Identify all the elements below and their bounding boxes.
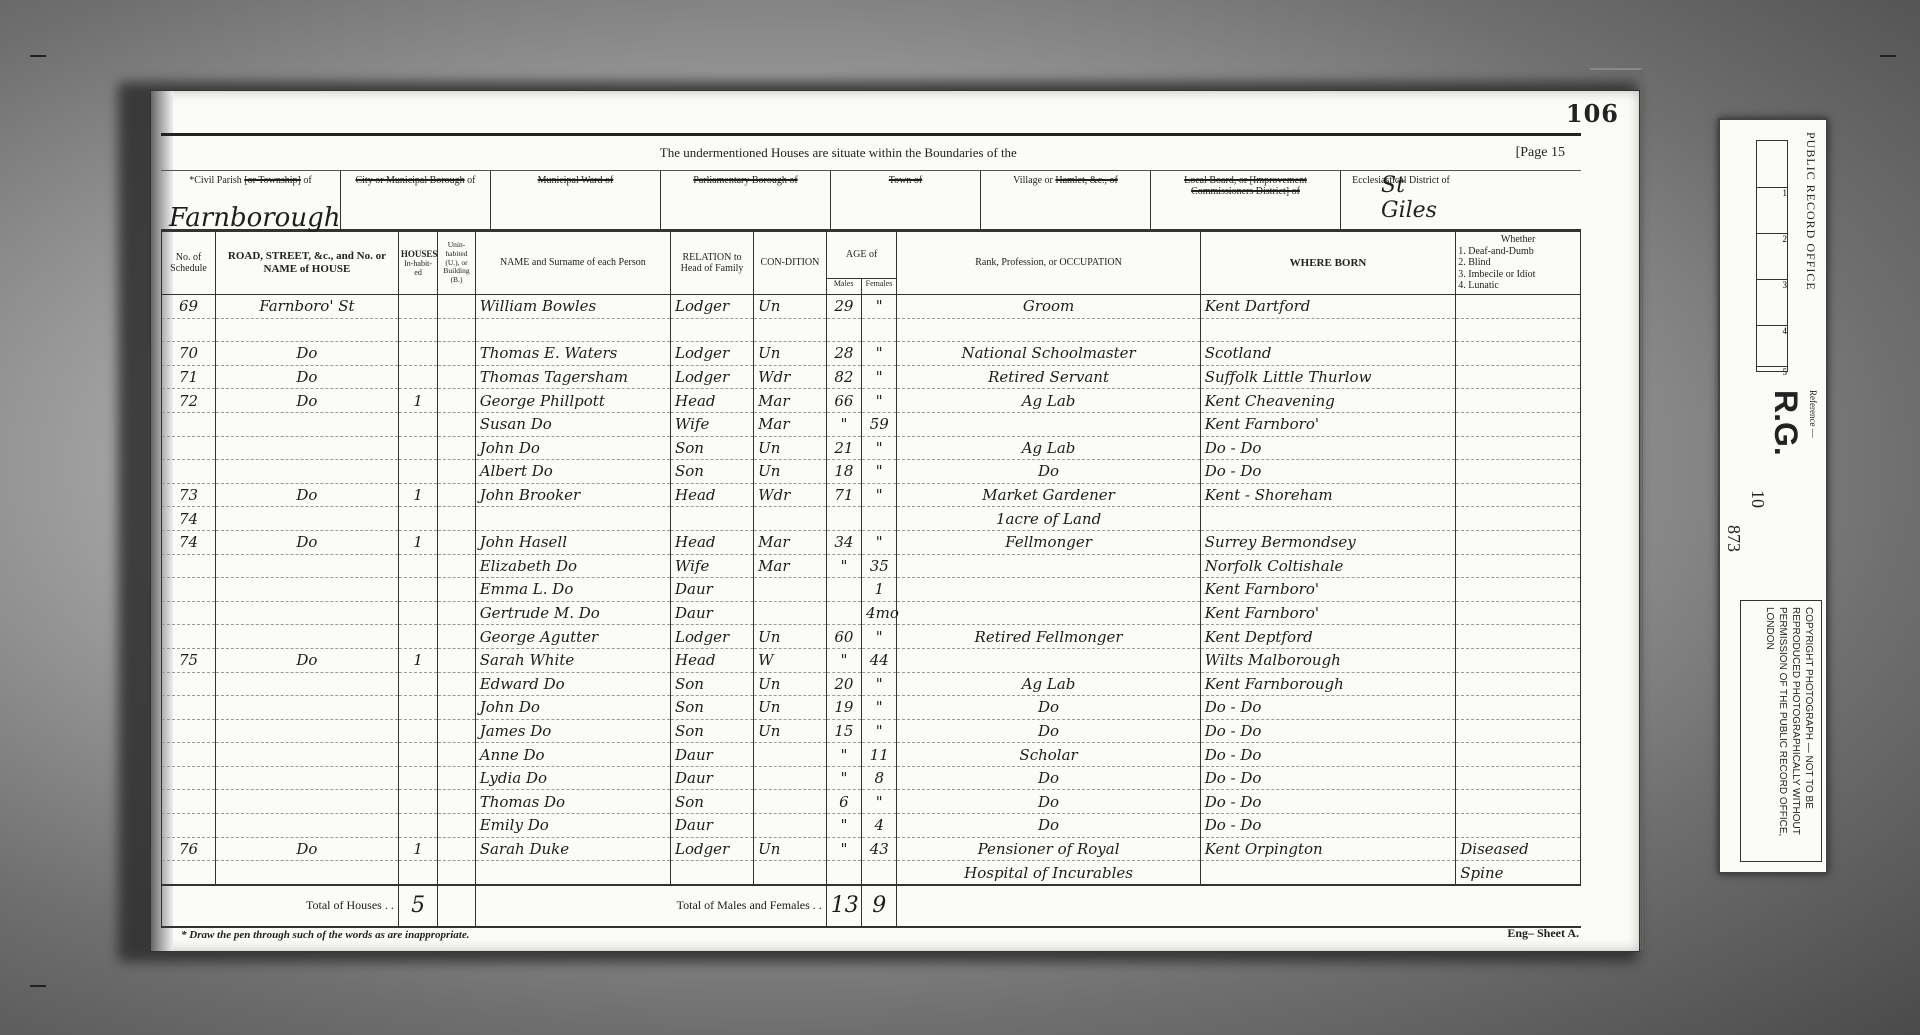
cell-road [216,625,399,649]
cell-where-born: Kent Deptford [1200,625,1456,649]
cell-infirmity [1456,814,1581,838]
cell-where-born: Do - Do [1200,696,1456,720]
cell-inhabited [398,790,437,814]
cell-name: John Brooker [475,483,670,507]
cell-occupation: Ag Lab [897,672,1200,696]
cell-female-age: 44 [862,648,897,672]
total-females-value: 9 [862,885,897,927]
cell-relation: Son [670,436,753,460]
cell-relation: Head [670,483,753,507]
cell-schedule: 70 [162,342,216,366]
cell-male-age: " [826,554,861,578]
cell-where-born: Do - Do [1200,719,1456,743]
cell-schedule: 72 [162,389,216,413]
cell-uninhabited [438,318,475,342]
cell-uninhabited [438,696,475,720]
cell-occupation: Market Gardener [897,483,1200,507]
cell-uninhabited [438,460,475,484]
record-class: R.G. [1767,390,1804,456]
cell-male-age: 66 [826,389,861,413]
cell-condition [754,578,827,602]
cell-male-age: " [826,743,861,767]
cell-relation [670,318,753,342]
cell-schedule: 73 [162,483,216,507]
cell-male-age: 82 [826,365,861,389]
cell-name: Thomas Tagersham [475,365,670,389]
record-piece: 10 [1747,490,1768,508]
cell-schedule [162,578,216,602]
cell-uninhabited [438,342,475,366]
cell-uninhabited [438,554,475,578]
census-row: 76Do1Sarah DukeLodgerUn"43Pensioner of R… [162,837,1581,861]
cell-occupation [897,578,1200,602]
cell-relation: Head [670,389,753,413]
cell-male-age: 60 [826,625,861,649]
cell-inhabited [398,814,437,838]
cell-inhabited [398,342,437,366]
cell-inhabited [398,412,437,436]
cell-name: George Agutter [475,625,670,649]
cell-condition: Mar [754,530,827,554]
cell-schedule: 75 [162,648,216,672]
cell-name: Emily Do [475,814,670,838]
census-row: 70DoThomas E. WatersLodgerUn28"National … [162,342,1581,366]
cell-male-age: 71 [826,483,861,507]
cell-male-age: 28 [826,342,861,366]
cell-uninhabited [438,389,475,413]
cell-uninhabited [438,743,475,767]
census-row: 741acre of Land [162,507,1581,531]
census-row: Hospital of IncurablesSpine [162,861,1581,885]
cell-schedule [162,318,216,342]
cell-road: Do [216,648,399,672]
cell-name: Sarah Duke [475,837,670,861]
cell-relation: Daur [670,601,753,625]
boundary-area-label: Town of [837,175,974,186]
cell-name: Anne Do [475,743,670,767]
cell-condition: Un [754,837,827,861]
cell-name: John Do [475,436,670,460]
cell-where-born: Wilts Malborough [1200,648,1456,672]
boundary-area: Local Board, or [Improvement Commissione… [1151,171,1341,229]
cell-relation: Daur [670,743,753,767]
header-schedule: No. of Schedule [162,232,216,295]
cell-male-age: 15 [826,719,861,743]
cell-uninhabited [438,719,475,743]
cell-infirmity [1456,507,1581,531]
cell-relation: Lodger [670,295,753,319]
boundary-areas: *Civil Parish [or Township] ofFarnboroug… [161,171,1581,231]
total-houses-value: 5 [398,885,437,927]
cell-name: John Hasell [475,530,670,554]
cell-female-age [862,318,897,342]
cell-inhabited [398,696,437,720]
cell-infirmity [1456,554,1581,578]
cell-female-age: " [862,672,897,696]
cell-inhabited [398,318,437,342]
cell-relation: Son [670,672,753,696]
cell-condition: Mar [754,554,827,578]
cell-occupation: Retired Fellmonger [897,625,1200,649]
cell-uninhabited [438,412,475,436]
cell-name: William Bowles [475,295,670,319]
census-row: Emma L. DoDaur1Kent Farnboro' [162,578,1581,602]
cell-condition: Un [754,460,827,484]
cell-infirmity [1456,365,1581,389]
cell-female-age: " [862,696,897,720]
cell-schedule: 71 [162,365,216,389]
boundary-area: Town of [831,171,981,229]
cell-uninhabited [438,365,475,389]
cell-inhabited [398,672,437,696]
cell-schedule: 76 [162,837,216,861]
census-row: George AgutterLodgerUn60"Retired Fellmon… [162,625,1581,649]
cell-occupation: Pensioner of Royal [897,837,1200,861]
cell-where-born: Kent Cheavening [1200,389,1456,413]
census-row: Emily DoDaur"4DoDo - Do [162,814,1581,838]
cell-male-age: " [826,648,861,672]
cell-condition [754,861,827,885]
cell-road: Do [216,342,399,366]
cell-uninhabited [438,814,475,838]
cell-condition: Un [754,696,827,720]
cell-female-age: " [862,719,897,743]
cell-uninhabited [438,436,475,460]
cell-uninhabited [438,507,475,531]
census-row: John DoSonUn19"DoDo - Do [162,696,1581,720]
cell-schedule [162,601,216,625]
cell-male-age [826,578,861,602]
cell-road [216,814,399,838]
cell-inhabited: 1 [398,530,437,554]
cell-female-age: " [862,530,897,554]
cell-where-born: Do - Do [1200,460,1456,484]
header-name: NAME and Surname of each Person [475,232,670,295]
cell-relation: Son [670,460,753,484]
total-males-value: 13 [826,885,861,927]
cell-male-age: 18 [826,460,861,484]
cell-road [216,743,399,767]
cell-female-age: " [862,625,897,649]
cell-male-age [826,861,861,885]
cell-occupation: Do [897,814,1200,838]
census-row: 69Farnboro' StWilliam BowlesLodgerUn29"G… [162,295,1581,319]
cell-female-age: " [862,389,897,413]
cell-where-born: Kent Dartford [1200,295,1456,319]
cell-road [216,601,399,625]
cell-uninhabited [438,790,475,814]
cell-road [216,719,399,743]
cell-occupation: Scholar [897,743,1200,767]
cell-road: Do [216,483,399,507]
record-folio: 873 [1723,525,1744,552]
header-occupation: Rank, Profession, or OCCUPATION [897,232,1200,295]
cell-road [216,696,399,720]
cell-name: Gertrude M. Do [475,601,670,625]
cell-condition: Un [754,342,827,366]
cell-where-born [1200,507,1456,531]
cell-where-born: Kent Orpington [1200,837,1456,861]
cell-infirmity [1456,719,1581,743]
cell-uninhabited [438,648,475,672]
cell-road [216,578,399,602]
cell-female-age: 11 [862,743,897,767]
cell-condition: Un [754,672,827,696]
cell-female-age: 59 [862,412,897,436]
cell-occupation: Do [897,696,1200,720]
cell-schedule: 74 [162,530,216,554]
cell-schedule [162,814,216,838]
census-page: 106 The undermentioned Houses are situat… [150,90,1640,952]
cell-name: Lydia Do [475,766,670,790]
cell-infirmity [1456,389,1581,413]
cell-occupation [897,601,1200,625]
cell-occupation: Do [897,719,1200,743]
census-row: 73Do1John BrookerHeadWdr71"Market Garden… [162,483,1581,507]
cell-male-age: " [826,766,861,790]
cell-schedule: 74 [162,507,216,531]
header-condition: CON-DITION [754,232,827,295]
cell-name: Albert Do [475,460,670,484]
cell-male-age: 29 [826,295,861,319]
cell-inhabited [398,601,437,625]
census-row: James DoSonUn15"DoDo - Do [162,719,1581,743]
cell-infirmity [1456,648,1581,672]
cell-name: George Phillpott [475,389,670,413]
cell-uninhabited [438,601,475,625]
cell-relation: Lodger [670,837,753,861]
census-row: Anne DoDaur"11ScholarDo - Do [162,743,1581,767]
census-row: John DoSonUn21"Ag LabDo - Do [162,436,1581,460]
cell-occupation: Retired Servant [897,365,1200,389]
cell-female-age: " [862,342,897,366]
cell-road [216,412,399,436]
cell-occupation: Fellmonger [897,530,1200,554]
census-rows: 69Farnboro' StWilliam BowlesLodgerUn29"G… [162,295,1581,885]
cell-road [216,554,399,578]
cell-name: Edward Do [475,672,670,696]
boundary-area-label: City or Municipal Borough of [347,175,484,186]
cell-schedule [162,412,216,436]
cell-inhabited [398,295,437,319]
cell-condition: Un [754,436,827,460]
cell-schedule [162,436,216,460]
cell-schedule [162,625,216,649]
header-road: ROAD, STREET, &c., and No. or NAME of HO… [216,232,399,295]
banner-text: The undermentioned Houses are situate wi… [161,145,1516,161]
cell-female-age [862,507,897,531]
cell-name [475,861,670,885]
cell-road [216,672,399,696]
cell-inhabited: 1 [398,648,437,672]
header-uninhabited: Unin-habited (U.), or Building (B.) [438,232,475,295]
cell-road: Do [216,389,399,413]
cell-schedule [162,743,216,767]
cell-relation: Wife [670,554,753,578]
cell-relation: Lodger [670,365,753,389]
cell-occupation: National Schoolmaster [897,342,1200,366]
census-row: Lydia DoDaur"8DoDo - Do [162,766,1581,790]
cell-occupation: Ag Lab [897,436,1200,460]
cell-condition: Mar [754,412,827,436]
cell-infirmity [1456,318,1581,342]
cell-name: John Do [475,696,670,720]
cell-name: Elizabeth Do [475,554,670,578]
cell-inhabited [398,507,437,531]
office-label: PUBLIC RECORD OFFICE [1803,132,1818,291]
column-headers: No. of Schedule ROAD, STREET, &c., and N… [162,232,1581,295]
cell-name [475,318,670,342]
cell-relation: Lodger [670,342,753,366]
cell-infirmity [1456,790,1581,814]
ruler-scale: 1 2 3 4 5 [1756,140,1788,372]
cell-condition: Wdr [754,365,827,389]
cell-uninhabited [438,483,475,507]
reference-slip: PUBLIC RECORD OFFICE 1 2 3 4 5 Reference… [1718,118,1828,874]
cell-where-born: Kent Farnboro' [1200,601,1456,625]
boundary-banner: The undermentioned Houses are situate wi… [161,133,1581,171]
cell-occupation [897,648,1200,672]
cell-where-born: Do - Do [1200,436,1456,460]
census-row: 75Do1Sarah WhiteHeadW"44Wilts Malborough [162,648,1581,672]
header-males: Males [827,279,862,294]
cell-inhabited [398,554,437,578]
boundary-area-label: Village or Hamlet, &c., of [987,175,1144,186]
cell-where-born: Surrey Bermondsey [1200,530,1456,554]
census-row: 71DoThomas TagershamLodgerWdr82"Retired … [162,365,1581,389]
cell-relation: Wife [670,412,753,436]
cell-condition [754,507,827,531]
cell-where-born: Norfolk Coltishale [1200,554,1456,578]
cell-inhabited [398,743,437,767]
cell-where-born: Suffolk Little Thurlow [1200,365,1456,389]
scan-edge-mark [30,55,46,57]
cell-inhabited [398,766,437,790]
cell-uninhabited [438,861,475,885]
cell-road: Farnboro' St [216,295,399,319]
cell-schedule: 69 [162,295,216,319]
cell-schedule [162,719,216,743]
cell-road [216,507,399,531]
cell-inhabited: 1 [398,837,437,861]
census-row: Edward DoSonUn20"Ag LabKent Farnborough [162,672,1581,696]
cell-where-born [1200,318,1456,342]
cell-name: Emma L. Do [475,578,670,602]
census-row: Gertrude M. DoDaur4moKent Farnboro' [162,601,1581,625]
cell-name: James Do [475,719,670,743]
boundary-area: *Civil Parish [or Township] ofFarnboroug… [161,171,341,229]
cell-road [216,436,399,460]
cell-relation [670,861,753,885]
cell-male-age: 20 [826,672,861,696]
boundary-area-label: *Civil Parish [or Township] of [167,175,334,186]
census-row: 74Do1John HasellHeadMar34"FellmongerSurr… [162,530,1581,554]
cell-relation [670,507,753,531]
census-row: Thomas DoSon6"DoDo - Do [162,790,1581,814]
cell-condition: Un [754,625,827,649]
cell-condition: W [754,648,827,672]
boundary-area: City or Municipal Borough of [341,171,491,229]
cell-female-age: 1 [862,578,897,602]
cell-relation: Daur [670,766,753,790]
cell-schedule [162,672,216,696]
cell-where-born: Do - Do [1200,790,1456,814]
cell-infirmity [1456,483,1581,507]
census-row: 72Do1George PhillpottHeadMar66"Ag LabKen… [162,389,1581,413]
page-label: [Page 15 [1516,145,1565,161]
cell-female-age: 8 [862,766,897,790]
cell-female-age: 43 [862,837,897,861]
cell-female-age: " [862,365,897,389]
boundary-area-label: Local Board, or [Improvement Commissione… [1157,175,1334,197]
census-row: Susan DoWifeMar"59Kent Farnboro' [162,412,1581,436]
cell-male-age [826,601,861,625]
scan-edge-mark [30,985,46,987]
cell-uninhabited [438,766,475,790]
cell-occupation: Ag Lab [897,389,1200,413]
cell-where-born: Kent - Shoreham [1200,483,1456,507]
cell-male-age: 19 [826,696,861,720]
census-row: Albert DoSonUn18"DoDo - Do [162,460,1581,484]
cell-female-age: " [862,790,897,814]
boundary-area-label: Parliamentary Borough of [667,175,824,186]
cell-road: Do [216,837,399,861]
cell-condition [754,743,827,767]
cell-infirmity [1456,436,1581,460]
cell-condition [754,790,827,814]
cell-relation: Daur [670,578,753,602]
total-persons-label: Total of Males and Females . . [475,885,826,927]
cell-uninhabited [438,530,475,554]
cell-name: Sarah White [475,648,670,672]
cell-female-age: " [862,436,897,460]
cell-condition [754,318,827,342]
cell-name: Susan Do [475,412,670,436]
cell-infirmity [1456,625,1581,649]
cell-name: Thomas Do [475,790,670,814]
cell-inhabited [398,861,437,885]
header-infirmity: Whether 1. Deaf-and-Dumb 2. Blind 3. Imb… [1456,232,1581,295]
header-relation: RELATION to Head of Family [670,232,753,295]
cell-occupation: Do [897,766,1200,790]
header-age: AGE of MalesFemales [826,232,897,295]
cell-occupation: Do [897,790,1200,814]
cell-female-age: " [862,483,897,507]
cell-where-born: Kent Farnborough [1200,672,1456,696]
census-sheet: The undermentioned Houses are situate wi… [161,133,1581,928]
cell-infirmity [1456,412,1581,436]
cell-schedule [162,696,216,720]
cell-road [216,861,399,885]
cell-infirmity: Diseased [1456,837,1581,861]
cell-condition: Wdr [754,483,827,507]
scan-edge-mark [1880,55,1896,57]
cell-where-born: Scotland [1200,342,1456,366]
cell-female-age [862,861,897,885]
cell-inhabited: 1 [398,483,437,507]
cell-inhabited [398,436,437,460]
cell-road [216,318,399,342]
cell-condition [754,766,827,790]
reference-code: Reference — R.G. 10 873 [1734,390,1814,590]
sheet-reference: Eng– Sheet A. [1507,926,1579,941]
cell-infirmity [1456,460,1581,484]
cell-occupation [897,554,1200,578]
cell-road [216,766,399,790]
cell-male-age [826,318,861,342]
cell-male-age: 34 [826,530,861,554]
cell-occupation [897,318,1200,342]
